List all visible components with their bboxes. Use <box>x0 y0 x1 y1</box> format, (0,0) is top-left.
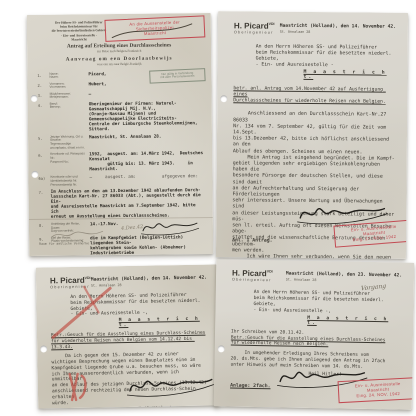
letterhead-title: Oberingenieur <box>232 278 273 283</box>
field-value: Hubert, <box>88 81 203 90</box>
form-row-profession: 4. Beruf: Beroep: Oberingenieur der Firm… <box>38 101 204 133</box>
field-label: Beruf: Beroep: <box>50 102 86 133</box>
handwritten-annotation: Vorgang <box>360 283 385 293</box>
recipient-city: M a a s t r i c h t. <box>303 70 395 81</box>
received-stamp: Ein- u. Ausreisestelle Maastricht Eing. … <box>338 377 415 403</box>
received-stamp-text: Ein- u. Ausreisestelle Maastricht Eing. … <box>342 381 415 400</box>
field-number: 6a) <box>38 176 47 187</box>
letterhead-title: Oberingenieur <box>234 30 275 34</box>
enclosure-note: Anlage: 2fach. <box>230 384 271 390</box>
recipient-address: An den Herrn Höheren SS- und Polizeiführ… <box>256 45 396 71</box>
field-number: 2. <box>37 82 46 90</box>
letterhead-vdi: VDI <box>269 22 275 26</box>
signature-icon <box>124 371 216 399</box>
handwritten-mark-icon <box>106 21 199 41</box>
recipient-address: An den Herrn Höheren SS- und Polizeiführ… <box>253 290 401 316</box>
field-number: 4. <box>38 102 47 133</box>
punch-hole <box>218 345 225 352</box>
form-row-firstnames: 2. Vornamen: Voornamen: Hubert, <box>37 81 203 90</box>
field-value: Im Anschluss an den am 13.Dezember 1942 … <box>51 188 205 220</box>
validity-stamp-text: Nur gültig in Verbindung mit dem Persona… <box>160 70 194 79</box>
form-row-passport: 6. Kennkarte od. Reisepass Nr.: Paspoort… <box>38 151 204 173</box>
letterhead: H. PicardVDI Oberingenieur <box>234 21 275 34</box>
field-value: Maastricht, St. Annalaan 28. <box>89 134 204 150</box>
validity-stamp: Nur gültig in Verbindung mit dem Persona… <box>149 68 206 83</box>
punch-hole <box>220 95 227 102</box>
signature-icon <box>139 216 201 237</box>
enclosure-note: Anl. 1 Antrag. <box>232 238 272 243</box>
field-label: Kennkarte od. Reisepass Nr.: Paspoort No… <box>50 153 86 174</box>
letter-2-page: H. PicardVDI Oberingenieur Maastricht (H… <box>36 264 219 408</box>
closing-salute: Heil Hitler! <box>139 406 210 409</box>
field-number: 7. <box>39 190 48 221</box>
field-label: Name: Naam: <box>49 72 85 80</box>
field-number: 3. <box>38 92 47 100</box>
form-row-idcard: 6a) Kennkarte oder und Identiteitsbewijs… <box>38 174 204 187</box>
field-value: die im Kampfgebiet (Belgien-Lüttich) lie… <box>90 235 205 256</box>
field-value: — <box>89 91 204 100</box>
field-label: Jetzige Wohnung, Ort u. Strasse: Tegenwo… <box>50 135 86 150</box>
field-label: Mädchenname: Meisjesnaam: <box>50 92 86 100</box>
application-form-page: Der Höhere SS- und Polizeiführer beim Re… <box>27 13 214 256</box>
field-number: 1. <box>37 72 46 80</box>
recipient-city: M a a s t r i c h t. <box>119 317 208 329</box>
registry-stamp: An die Aussenstelle der Sicherheitspoliz… <box>104 15 205 41</box>
document-photo: Der Höhere SS- und Polizeiführer beim Re… <box>0 0 416 416</box>
sender-address: St. Annalaan 28 <box>280 30 396 35</box>
punch-hole <box>31 95 38 102</box>
form-subtitle-german: zur Reise nach Belgien-Frankreich <box>27 48 211 54</box>
recipient-city: M a a s t r i c h t. <box>307 316 401 328</box>
field-value: Oberingenieur der Firmen: Naturel-Gasmaa… <box>89 101 204 133</box>
letterhead-name: H. PicardVDI <box>234 21 275 30</box>
dateline: Maastricht (Holland), den 14. November 4… <box>280 24 396 30</box>
letter-3-page: H. PicardVDI Oberingenieur Maastricht (H… <box>214 259 415 409</box>
field-label: Vornamen: Voornamen: <box>49 82 85 90</box>
letterhead-vdi: VDI <box>267 270 273 274</box>
red-crayon-scribble-icon <box>62 370 97 405</box>
punch-hole <box>31 171 38 178</box>
field-value: 1592, ausgest. am: 14.März 1942, Deutsch… <box>89 151 204 173</box>
punch-hole <box>40 345 47 352</box>
field-label: Kennkarte oder und Identiteitsbewijs Nr.… <box>50 175 86 186</box>
letterhead: H. PicardVDI Oberingenieur <box>232 269 273 283</box>
form-row-maidenname: 3. Mädchenname: Meisjesnaam: — <box>38 91 204 100</box>
field-number: 5. <box>38 136 47 151</box>
subject-line: betr. anl. Antrag vom 14.November 42 auf… <box>233 87 395 106</box>
red-crayon-cross-icon <box>40 282 121 343</box>
field-number: 6. <box>38 153 47 173</box>
field-value: — ausgest. am: afgegeven den: <box>89 174 204 186</box>
form-row-address: 5. Jetzige Wohnung, Ort u. Strasse: Tege… <box>38 134 204 151</box>
subject-line: Betr.:Gesuch für die Ausstellung eines D… <box>231 335 401 349</box>
letterhead-vdi: VDI <box>85 276 91 280</box>
received-stamp-text: Ein- u. Ausreisestelle Maastricht Eing. … <box>338 223 408 244</box>
field-red-note: nur Kohlenrevier u. Arbeitsgebiet Lüttic… <box>90 255 205 256</box>
pencil-scribble-icon <box>47 225 107 244</box>
letter-1-page: H. PicardVDI Oberingenieur Maastricht (H… <box>216 11 408 259</box>
